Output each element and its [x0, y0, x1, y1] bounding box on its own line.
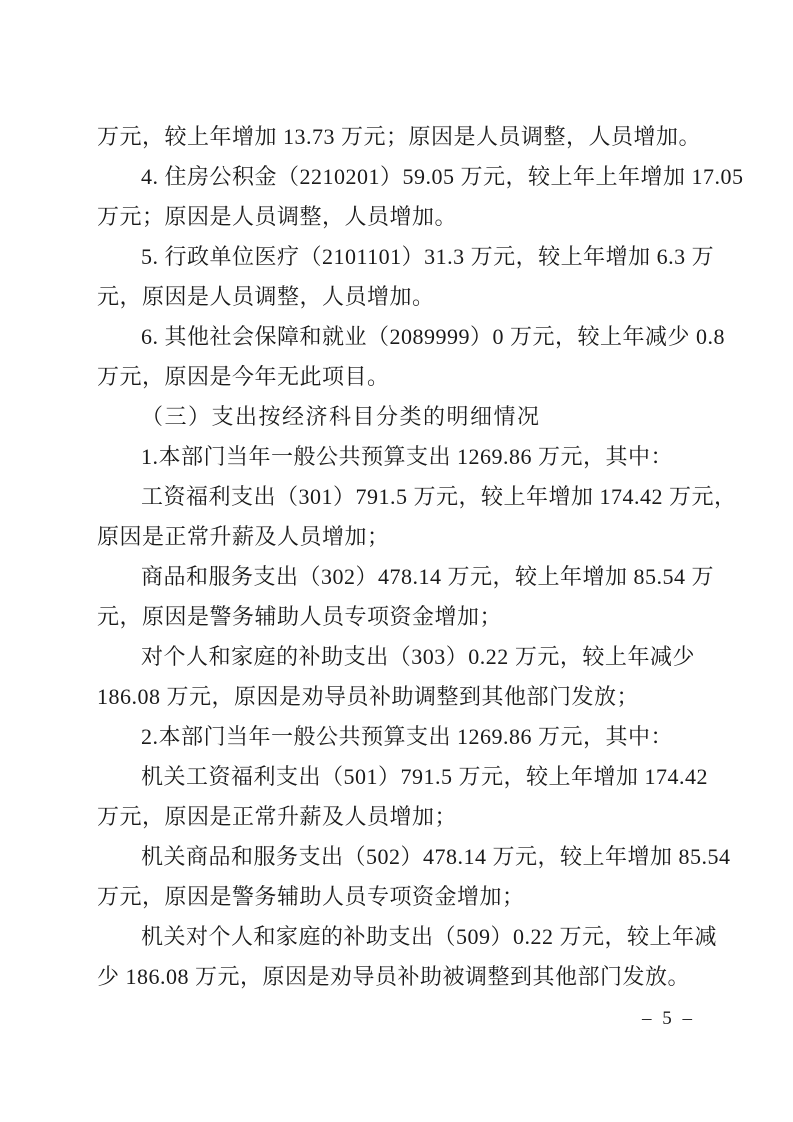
text-line: 4. 住房公积金（2210201）59.05 万元，较上年上年增加 17.05 [97, 157, 695, 197]
text-line: 万元，原因是警务辅助人员专项资金增加； [97, 877, 695, 917]
text-line: 元，原因是警务辅助人员专项资金增加； [97, 597, 695, 637]
text-line: 对个人和家庭的补助支出（303）0.22 万元，较上年减少 [97, 637, 695, 677]
text-line: 少 186.08 万元，原因是劝导员补助被调整到其他部门发放。 [97, 957, 695, 997]
text-line: 元，原因是人员调整，人员增加。 [97, 277, 695, 317]
text-line: 原因是正常升薪及人员增加； [97, 517, 695, 557]
text-line: 186.08 万元，原因是劝导员补助调整到其他部门发放； [97, 677, 695, 717]
text-line: 万元，原因是今年无此项目。 [97, 357, 695, 397]
text-line: 2.本部门当年一般公共预算支出 1269.86 万元，其中： [97, 717, 695, 757]
text-line: 机关工资福利支出（501）791.5 万元，较上年增加 174.42 [97, 757, 695, 797]
text-line: 6. 其他社会保障和就业（2089999）0 万元，较上年减少 0.8 [97, 317, 695, 357]
text-line: 1.本部门当年一般公共预算支出 1269.86 万元，其中： [97, 437, 695, 477]
document-page: 万元，较上年增加 13.73 万元；原因是人员调整，人员增加。4. 住房公积金（… [0, 0, 793, 1122]
text-line: 工资福利支出（301）791.5 万元，较上年增加 174.42 万元， [97, 477, 695, 517]
text-line: 机关商品和服务支出（502）478.14 万元，较上年增加 85.54 [97, 837, 695, 877]
text-line: 万元，较上年增加 13.73 万元；原因是人员调整，人员增加。 [97, 117, 695, 157]
text-line: 商品和服务支出（302）478.14 万元，较上年增加 85.54 万 [97, 557, 695, 597]
section-heading: （三）支出按经济科目分类的明细情况 [97, 397, 695, 437]
text-line: 机关对个人和家庭的补助支出（509）0.22 万元，较上年减 [97, 917, 695, 957]
text-line: 万元，原因是正常升薪及人员增加； [97, 797, 695, 837]
text-line: 万元；原因是人员调整，人员增加。 [97, 197, 695, 237]
document-body-text: 万元，较上年增加 13.73 万元；原因是人员调整，人员增加。4. 住房公积金（… [97, 117, 695, 997]
text-line: 5. 行政单位医疗（2101101）31.3 万元，较上年增加 6.3 万 [97, 237, 695, 277]
page-number: – 5 – [642, 1008, 695, 1030]
